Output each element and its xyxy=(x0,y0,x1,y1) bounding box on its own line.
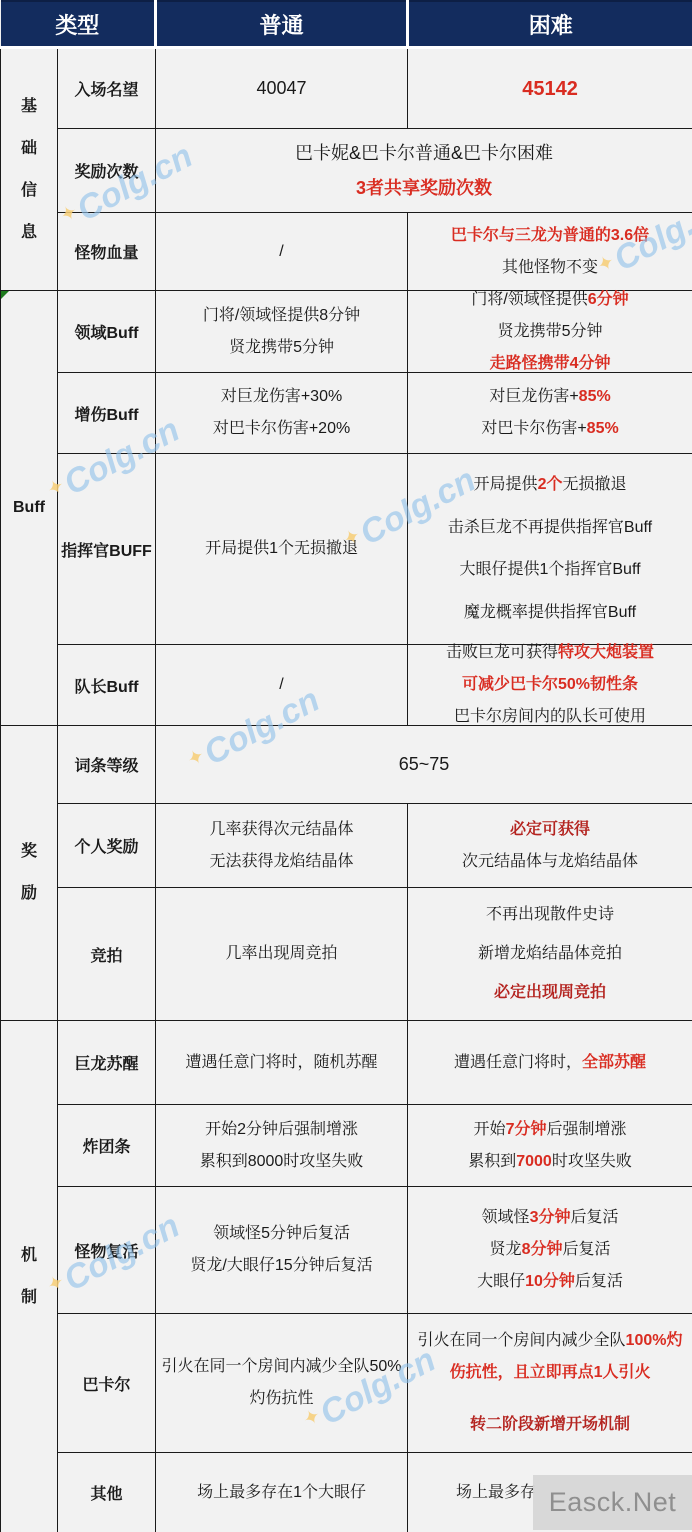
row-label-cell: 竞拍 xyxy=(58,888,156,1021)
comparison-table: 类型 普通 困难 基础信息入场名望4004745142奖励次数巴卡妮&巴卡尔普通… xyxy=(0,0,692,1532)
hard-value-cell: 引火在同一个房间内减少全队100%灼伤抗性，且立即再点1人引火转二阶段新增开场机… xyxy=(408,1314,692,1453)
cell-text-line: 场上最多存 xyxy=(456,1481,536,1505)
row-label-cell: 怪物复活 xyxy=(58,1187,156,1314)
cell-text-line: 对巨龙伤害+30% xyxy=(158,385,405,409)
row-label-cell: 炸团条 xyxy=(58,1105,156,1187)
header-normal: 普通 xyxy=(156,1,408,48)
cell-text-line: 无法获得龙焰结晶体 xyxy=(158,850,405,874)
normal-value-cell: 40047 xyxy=(156,48,408,129)
row-label-cell: 巴卡尔 xyxy=(58,1314,156,1453)
cell-text-line: 场上最多存在1个大眼仔 xyxy=(158,1481,405,1505)
cell-text-line: 对巴卡尔伤害+20% xyxy=(158,417,405,441)
row-label-cell: 词条等级 xyxy=(58,726,156,804)
hard-value-cell: 开始7分钟后强制增涨累积到7000时攻坚失败 xyxy=(408,1105,692,1187)
row-label-cell: 个人奖励 xyxy=(58,804,156,888)
cell-text-line: 45142 xyxy=(410,74,690,104)
normal-value-cell: 开始2分钟后强制增涨累积到8000时攻坚失败 xyxy=(156,1105,408,1187)
cell-text-line: 累积到8000时攻坚失败 xyxy=(158,1150,405,1174)
table-row: 炸团条开始2分钟后强制增涨累积到8000时攻坚失败开始7分钟后强制增涨累积到70… xyxy=(1,1105,692,1187)
cell-text-line: 几率出现周竞拍 xyxy=(158,942,405,966)
cell-text-line: 巴卡妮&巴卡尔普通&巴卡尔困难 xyxy=(158,140,690,167)
cell-text-line: / xyxy=(158,240,405,264)
table-row: 竞拍几率出现周竞拍不再出现散件史诗新增龙焰结晶体竞拍必定出现周竞拍 xyxy=(1,888,692,1021)
normal-value-cell: 开局提供1个无损撤退 xyxy=(156,454,408,645)
row-label-cell: 怪物血量 xyxy=(58,213,156,291)
cell-text-line: 65~75 xyxy=(158,751,690,778)
cell-text-line: 开始2分钟后强制增涨 xyxy=(158,1118,405,1142)
group-cell-3: 机制 xyxy=(1,1021,58,1532)
table-row: 奖励次数巴卡妮&巴卡尔普通&巴卡尔困难3者共享奖励次数 xyxy=(1,129,692,213)
cell-text-line: 开局提供2个无损撤退 xyxy=(410,473,690,497)
cell-text-line: 贤龙携带5分钟 xyxy=(158,336,405,360)
cell-text-line: 累积到7000时攻坚失败 xyxy=(410,1150,690,1174)
header-hard: 困难 xyxy=(408,1,692,48)
hard-value-cell: 对巨龙伤害+85%对巴卡尔伤害+85% xyxy=(408,373,692,454)
row-label-cell: 指挥官BUFF xyxy=(58,454,156,645)
row-label-cell: 其他 xyxy=(58,1453,156,1532)
hard-value-cell: 门将/领域怪提供6分钟贤龙携带5分钟走路怪携带4分钟 xyxy=(408,291,692,373)
hard-value-cell: 不再出现散件史诗新增龙焰结晶体竞拍必定出现周竞拍 xyxy=(408,888,692,1021)
table-row: Buff领域Buff门将/领域怪提供8分钟贤龙携带5分钟门将/领域怪提供6分钟贤… xyxy=(1,291,692,373)
cell-text-line: 走路怪携带4分钟 xyxy=(410,352,690,376)
cell-text-line: 对巨龙伤害+85% xyxy=(410,385,690,409)
normal-value-cell: 引火在同一个房间内减少全队50%灼伤抗性 xyxy=(156,1314,408,1453)
table-row: 指挥官BUFF开局提供1个无损撤退开局提供2个无损撤退击杀巨龙不再提供指挥官Bu… xyxy=(1,454,692,645)
group-cell-2: 奖励 xyxy=(1,726,58,1021)
cell-text-line: 贤龙/大眼仔15分钟后复活 xyxy=(158,1254,405,1278)
cell-text-line: 其他怪物不变 xyxy=(410,256,690,280)
header-row: 类型 普通 困难 xyxy=(1,1,692,48)
table-row: 巴卡尔引火在同一个房间内减少全队50%灼伤抗性引火在同一个房间内减少全队100%… xyxy=(1,1314,692,1453)
cell-text-line: 领域怪3分钟后复活 xyxy=(410,1206,690,1230)
normal-value-cell: 领域怪5分钟后复活贤龙/大眼仔15分钟后复活 xyxy=(156,1187,408,1314)
hard-value-cell: 开局提供2个无损撤退击杀巨龙不再提供指挥官Buff大眼仔提供1个指挥官Buff魔… xyxy=(408,454,692,645)
table-row: 怪物血量/巴卡尔与三龙为普通的3.6倍其他怪物不变 xyxy=(1,213,692,291)
row-label-cell: 队长Buff xyxy=(58,645,156,726)
cell-text-line: 不再出现散件史诗 xyxy=(410,903,690,927)
cell-text-line: 对巴卡尔伤害+85% xyxy=(410,417,690,441)
cell-text-line: 引火在同一个房间内减少全队100%灼 xyxy=(410,1329,690,1353)
cell-text-line: 击败巨龙可获得特攻大炮装置 xyxy=(410,641,690,665)
row-label-cell: 奖励次数 xyxy=(58,129,156,213)
table-row: 基础信息入场名望4004745142 xyxy=(1,48,692,129)
cell-text-line: 遭遇任意门将时，全部苏醒 xyxy=(410,1051,690,1075)
cell-text-line: 引火在同一个房间内减少全队50% xyxy=(158,1355,405,1379)
table-row: 增伤Buff对巨龙伤害+30%对巴卡尔伤害+20%对巨龙伤害+85%对巴卡尔伤害… xyxy=(1,373,692,454)
table-row: 奖励词条等级65~75 xyxy=(1,726,692,804)
row-label-cell: 入场名望 xyxy=(58,48,156,129)
hard-value-cell: 遭遇任意门将时，全部苏醒 xyxy=(408,1021,692,1105)
comparison-sheet: 类型 普通 困难 基础信息入场名望4004745142奖励次数巴卡妮&巴卡尔普通… xyxy=(0,0,692,1532)
normal-value-cell: 几率获得次元结晶体无法获得龙焰结晶体 xyxy=(156,804,408,888)
normal-value-cell: 门将/领域怪提供8分钟贤龙携带5分钟 xyxy=(156,291,408,373)
group-cell-1: Buff xyxy=(1,291,58,726)
cell-text-line: 伤抗性，且立即再点1人引火 xyxy=(410,1361,690,1385)
group-cell-0: 基础信息 xyxy=(1,48,58,291)
cell-text-line: 巴卡尔房间内的队长可使用 xyxy=(410,705,690,729)
normal-value-cell: / xyxy=(156,645,408,726)
cell-text-line: 开局提供1个无损撤退 xyxy=(158,537,405,561)
normal-value-cell: 对巨龙伤害+30%对巴卡尔伤害+20% xyxy=(156,373,408,454)
normal-value-cell: 场上最多存在1个大眼仔 xyxy=(156,1453,408,1532)
cell-text-line: 开始7分钟后强制增涨 xyxy=(410,1118,690,1142)
cell-text-line: 新增龙焰结晶体竞拍 xyxy=(410,942,690,966)
hard-value-cell: 必定可获得次元结晶体与龙焰结晶体 xyxy=(408,804,692,888)
cell-text-line: 可减少巴卡尔50%韧性条 xyxy=(410,673,690,697)
cell-text-line: 贤龙8分钟后复活 xyxy=(410,1238,690,1262)
cell-text-line: 必定出现周竞拍 xyxy=(410,981,690,1005)
merged-value-cell: 巴卡妮&巴卡尔普通&巴卡尔困难3者共享奖励次数 xyxy=(156,129,692,213)
row-label-cell: 领域Buff xyxy=(58,291,156,373)
easck-watermark: Easck.Net xyxy=(533,1475,692,1530)
cell-text-line: 魔龙概率提供指挥官Buff xyxy=(410,601,690,625)
cell-text-line: 击杀巨龙不再提供指挥官Buff xyxy=(410,516,690,540)
merged-value-cell: 65~75 xyxy=(156,726,692,804)
cell-text-line: 必定可获得 xyxy=(410,818,690,842)
cell-text-line: 遭遇任意门将时，随机苏醒 xyxy=(158,1051,405,1075)
cell-text-line: 巴卡尔与三龙为普通的3.6倍 xyxy=(410,224,690,248)
cell-text-line: 门将/领域怪提供8分钟 xyxy=(158,304,405,328)
cell-text-line: 40047 xyxy=(158,75,405,102)
cell-text-line: 门将/领域怪提供6分钟 xyxy=(410,288,690,312)
cell-text-line: 领域怪5分钟后复活 xyxy=(158,1222,405,1246)
cell-text-line: 贤龙携带5分钟 xyxy=(410,320,690,344)
hard-value-cell: 领域怪3分钟后复活贤龙8分钟后复活大眼仔10分钟后复活 xyxy=(408,1187,692,1314)
cell-text-line: 几率获得次元结晶体 xyxy=(158,818,405,842)
row-label-cell: 增伤Buff xyxy=(58,373,156,454)
header-type: 类型 xyxy=(1,1,156,48)
table-row: 机制巨龙苏醒遭遇任意门将时，随机苏醒遭遇任意门将时，全部苏醒 xyxy=(1,1021,692,1105)
easck-watermark-text: Easck.Net xyxy=(549,1487,677,1518)
table-row: 个人奖励几率获得次元结晶体无法获得龙焰结晶体必定可获得次元结晶体与龙焰结晶体 xyxy=(1,804,692,888)
row-label-cell: 巨龙苏醒 xyxy=(58,1021,156,1105)
normal-value-cell: 几率出现周竞拍 xyxy=(156,888,408,1021)
normal-value-cell: / xyxy=(156,213,408,291)
cell-text-line: 灼伤抗性 xyxy=(158,1387,405,1411)
hard-value-cell: 击败巨龙可获得特攻大炮装置可减少巴卡尔50%韧性条巴卡尔房间内的队长可使用 xyxy=(408,645,692,726)
table-row: 怪物复活领域怪5分钟后复活贤龙/大眼仔15分钟后复活领域怪3分钟后复活贤龙8分钟… xyxy=(1,1187,692,1314)
hard-value-cell: 巴卡尔与三龙为普通的3.6倍其他怪物不变 xyxy=(408,213,692,291)
normal-value-cell: 遭遇任意门将时，随机苏醒 xyxy=(156,1021,408,1105)
cell-text-line: 大眼仔10分钟后复活 xyxy=(410,1270,690,1294)
table-row: 队长Buff/击败巨龙可获得特攻大炮装置可减少巴卡尔50%韧性条巴卡尔房间内的队… xyxy=(1,645,692,726)
cell-text-line: / xyxy=(158,673,405,697)
cell-text-line: 3者共享奖励次数 xyxy=(158,175,690,202)
cell-text-line: 转二阶段新增开场机制 xyxy=(410,1413,690,1437)
cell-text-line: 次元结晶体与龙焰结晶体 xyxy=(410,850,690,874)
hard-value-cell: 45142 xyxy=(408,48,692,129)
cell-text-line: 大眼仔提供1个指挥官Buff xyxy=(410,558,690,582)
cell-flag-triangle xyxy=(1,291,9,299)
